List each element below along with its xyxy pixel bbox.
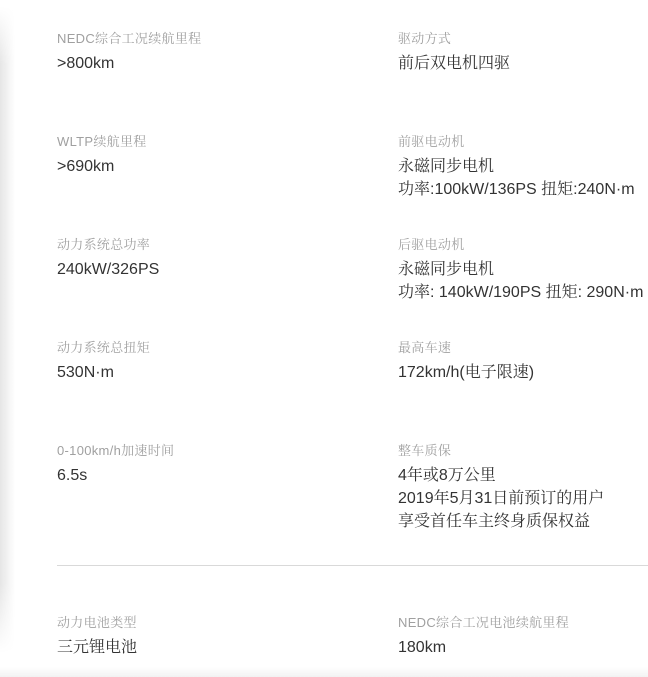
spec-label: NEDC综合工况电池续航里程 — [398, 615, 648, 630]
spec-value: 三元锂电池 — [57, 636, 398, 659]
spec-value: 永磁同步电机 功率:100kW/136PS 扭矩:240N·m — [398, 155, 648, 201]
spec-value-line: >800km — [57, 52, 398, 75]
spec-label: 动力系统总扭矩 — [57, 340, 398, 355]
spec-label: 前驱电动机 — [398, 134, 648, 149]
spec-sheet: NEDC综合工况续航里程 >800km 驱动方式 前后双电机四驱 WLTP续航里… — [0, 0, 648, 659]
spec-value-line: 享受首任车主终身质保权益 — [398, 510, 648, 533]
spec-value-line: 2019年5月31日前预订的用户 — [398, 487, 648, 510]
spec-label: 最高车速 — [398, 340, 648, 355]
spec-item-battery-range: NEDC综合工况电池续航里程 180km — [398, 615, 648, 659]
spec-item-total-power: 动力系统总功率 240kW/326PS — [57, 237, 398, 281]
spec-label: WLTP续航里程 — [57, 134, 398, 149]
spec-value-line: 永磁同步电机 — [398, 155, 648, 178]
spec-value-line: 172km/h(电子限速) — [398, 361, 648, 384]
spec-row-2: WLTP续航里程 >690km 前驱电动机 永磁同步电机 功率:100kW/13… — [57, 134, 648, 237]
spec-value-line: 180km — [398, 636, 648, 659]
spec-label: 动力电池类型 — [57, 615, 398, 630]
spec-item-front-motor: 前驱电动机 永磁同步电机 功率:100kW/136PS 扭矩:240N·m — [398, 134, 648, 201]
spec-value: 180km — [398, 636, 648, 659]
spec-value: >800km — [57, 52, 398, 75]
spec-label: NEDC综合工况续航里程 — [57, 31, 398, 46]
spec-value-line: 6.5s — [57, 464, 398, 487]
spec-value-line: 三元锂电池 — [57, 636, 398, 659]
spec-item-warranty: 整车质保 4年或8万公里 2019年5月31日前预订的用户 享受首任车主终身质保… — [398, 443, 648, 533]
spec-value-line: 前后双电机四驱 — [398, 52, 648, 75]
bottom-edge-shadow — [0, 667, 648, 677]
spec-row-3: 动力系统总功率 240kW/326PS 后驱电动机 永磁同步电机 功率: 140… — [57, 237, 648, 340]
spec-value-line: 240kW/326PS — [57, 258, 398, 281]
spec-value: >690km — [57, 155, 398, 178]
spec-value: 前后双电机四驱 — [398, 52, 648, 75]
spec-value: 530N·m — [57, 361, 398, 384]
spec-label: 整车质保 — [398, 443, 648, 458]
spec-label: 0-100km/h加速时间 — [57, 443, 398, 458]
spec-value-line: >690km — [57, 155, 398, 178]
spec-value-line: 功率: 140kW/190PS 扭矩: 290N·m — [398, 281, 648, 304]
spec-label: 驱动方式 — [398, 31, 648, 46]
spec-item-acceleration: 0-100km/h加速时间 6.5s — [57, 443, 398, 487]
spec-item-top-speed: 最高车速 172km/h(电子限速) — [398, 340, 648, 384]
spec-value: 4年或8万公里 2019年5月31日前预订的用户 享受首任车主终身质保权益 — [398, 464, 648, 533]
spec-item-drive-type: 驱动方式 前后双电机四驱 — [398, 31, 648, 75]
spec-value: 6.5s — [57, 464, 398, 487]
spec-item-wltp-range: WLTP续航里程 >690km — [57, 134, 398, 178]
spec-value: 172km/h(电子限速) — [398, 361, 648, 384]
spec-label: 动力系统总功率 — [57, 237, 398, 252]
spec-value-line: 530N·m — [57, 361, 398, 384]
spec-label: 后驱电动机 — [398, 237, 648, 252]
spec-row-5: 0-100km/h加速时间 6.5s 整车质保 4年或8万公里 2019年5月3… — [57, 443, 648, 533]
spec-item-total-torque: 动力系统总扭矩 530N·m — [57, 340, 398, 384]
spec-value-line: 永磁同步电机 — [398, 258, 648, 281]
spec-value-line: 功率:100kW/136PS 扭矩:240N·m — [398, 178, 648, 201]
spec-item-nedc-range: NEDC综合工况续航里程 >800km — [57, 31, 398, 75]
spec-row-1: NEDC综合工况续航里程 >800km 驱动方式 前后双电机四驱 — [57, 31, 648, 134]
spec-value-line: 4年或8万公里 — [398, 464, 648, 487]
spec-item-battery-type: 动力电池类型 三元锂电池 — [57, 615, 398, 659]
spec-value: 240kW/326PS — [57, 258, 398, 281]
spec-row-4: 动力系统总扭矩 530N·m 最高车速 172km/h(电子限速) — [57, 340, 648, 443]
spec-value: 永磁同步电机 功率: 140kW/190PS 扭矩: 290N·m — [398, 258, 648, 304]
powertrain-section: NEDC综合工况续航里程 >800km 驱动方式 前后双电机四驱 WLTP续航里… — [57, 0, 648, 533]
spec-item-rear-motor: 后驱电动机 永磁同步电机 功率: 140kW/190PS 扭矩: 290N·m — [398, 237, 648, 304]
battery-section: 动力电池类型 三元锂电池 NEDC综合工况电池续航里程 180km — [57, 566, 648, 659]
spec-row-6: 动力电池类型 三元锂电池 NEDC综合工况电池续航里程 180km — [57, 615, 648, 659]
